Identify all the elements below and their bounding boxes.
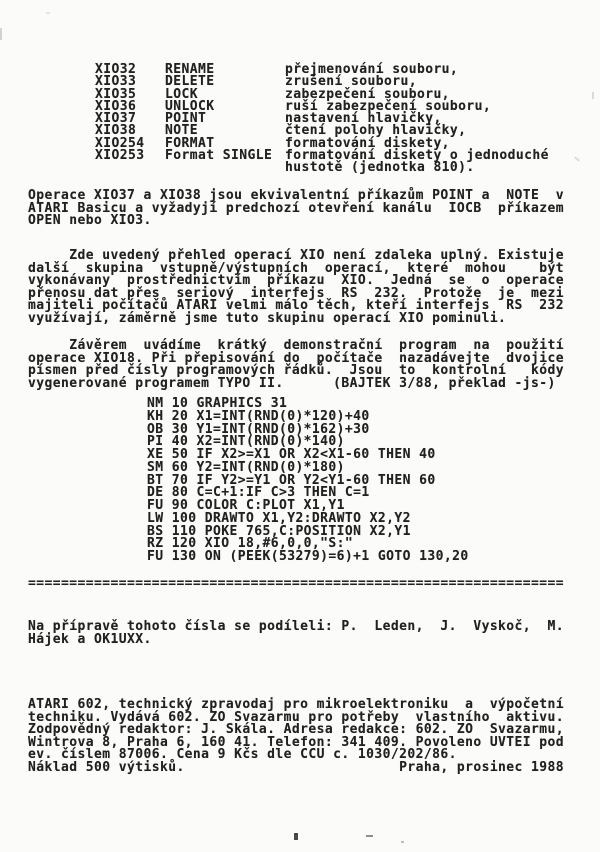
scanned-page: XIO32 RENAME přejmenování souboru, XIO33…	[0, 0, 600, 852]
scan-artifact	[592, 92, 594, 99]
separator-line: ========================================…	[28, 578, 564, 591]
scan-artifact	[401, 841, 404, 843]
scan-artifact	[294, 833, 298, 840]
credits-line: Hájek a OK1UXX.	[28, 634, 564, 647]
program-line: FU 130 ON (PEEK(53279)=6)+1 GOTO 130,20	[147, 551, 469, 564]
basic-program-listing: NM 10 GRAPHICS 31 KH 20 X1=INT(RND(0)*12…	[147, 398, 469, 564]
paragraph-demo-program: Závěrem uvádíme krátký demonstrační prog…	[28, 340, 564, 390]
scan-artifact	[0, 28, 2, 40]
imprint-paragraph: ATARI 602, technický zpravodaj pro mikro…	[28, 699, 564, 775]
scan-artifact	[46, 12, 50, 14]
paragraph-rs232: Zde uvedený přehled operací XIO není zda…	[28, 250, 564, 326]
xio-description: formatování diskety o jednoduché hustotě…	[285, 150, 549, 175]
xio-operations-table: XIO32 RENAME přejmenování souboru, XIO33…	[95, 64, 549, 174]
paragraph-line: OPEN nebo XIO3.	[28, 215, 564, 228]
paragraph-xio37-xio38: Operace XIO37 a XIO38 jsou ekvivalentní …	[28, 190, 564, 228]
paragraph-line: využívají, záměrně jsme tuto skupinu ope…	[28, 313, 564, 326]
xio-code: XIO253	[95, 150, 165, 175]
xio-command: Format SINGLE	[165, 150, 285, 175]
scan-artifact	[366, 835, 373, 837]
scan-artifact	[574, 156, 580, 161]
credits-paragraph: Na přípravě tohoto čísla se podíleli: P.…	[28, 621, 564, 646]
imprint-line: Náklad 500 výtisků. Praha, prosinec 1988	[28, 762, 564, 775]
paragraph-line: vygenerované programem TYPO II. (BAJTEK …	[28, 378, 564, 391]
table-row: XIO253 Format SINGLE formatování diskety…	[95, 150, 549, 175]
